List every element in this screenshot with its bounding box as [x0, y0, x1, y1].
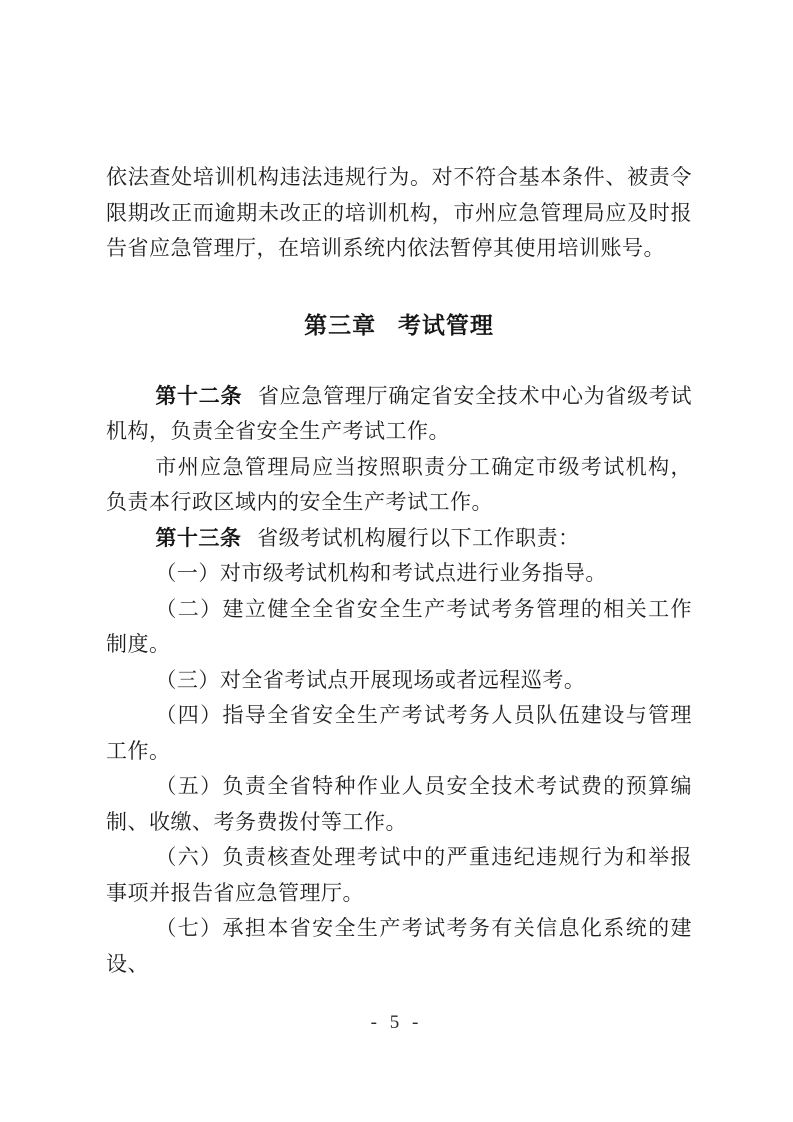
duty-item-3: （三）对全省考试点开展现场或者远程巡考。 [106, 663, 692, 699]
duty-item-6: （六）负责核查处理考试中的严重违纪违规行为和举报事项并报告省应急管理厅。 [106, 840, 692, 911]
article-13: 第十三条省级考试机构履行以下工作职责： [106, 521, 692, 557]
paragraph-continuation: 依法查处培训机构违法违规行为。对不符合基本条件、被责令限期改正而逾期未改正的培训… [106, 160, 692, 267]
duty-item-5: （五）负责全省特种作业人员安全技术考试费的预算编制、收缴、考务费拨付等工作。 [106, 769, 692, 840]
article-12: 第十二条省应急管理厅确定省安全技术中心为省级考试机构，负责全省安全生产考试工作。 [106, 379, 692, 450]
article-12-lead: 第十二条 [155, 385, 242, 408]
duty-item-1: （一）对市级考试机构和考试点进行业务指导。 [106, 556, 692, 592]
chapter-heading: 第三章考试管理 [106, 307, 692, 343]
document-page: 依法查处培训机构违法违规行为。对不符合基本条件、被责令限期改正而逾期未改正的培训… [0, 0, 793, 1122]
document-body: 依法查处培训机构违法违规行为。对不符合基本条件、被责令限期改正而逾期未改正的培训… [106, 160, 692, 982]
article-13-text: 省级考试机构履行以下工作职责： [257, 526, 580, 550]
duty-item-2: （二）建立健全全省安全生产考试考务管理的相关工作制度。 [106, 592, 692, 663]
chapter-title: 考试管理 [398, 312, 494, 338]
page-number: - 5 - [0, 1012, 793, 1034]
duty-item-4: （四）指导全省安全生产考试考务人员队伍建设与管理工作。 [106, 698, 692, 769]
article-12-paragraph-2: 市州应急管理局应当按照职责分工确定市级考试机构，负责本行政区域内的安全生产考试工… [106, 450, 692, 521]
duty-item-7: （七）承担本省安全生产考试考务有关信息化系统的建设、 [106, 911, 692, 982]
article-13-lead: 第十三条 [155, 527, 241, 550]
chapter-number: 第三章 [304, 312, 376, 338]
